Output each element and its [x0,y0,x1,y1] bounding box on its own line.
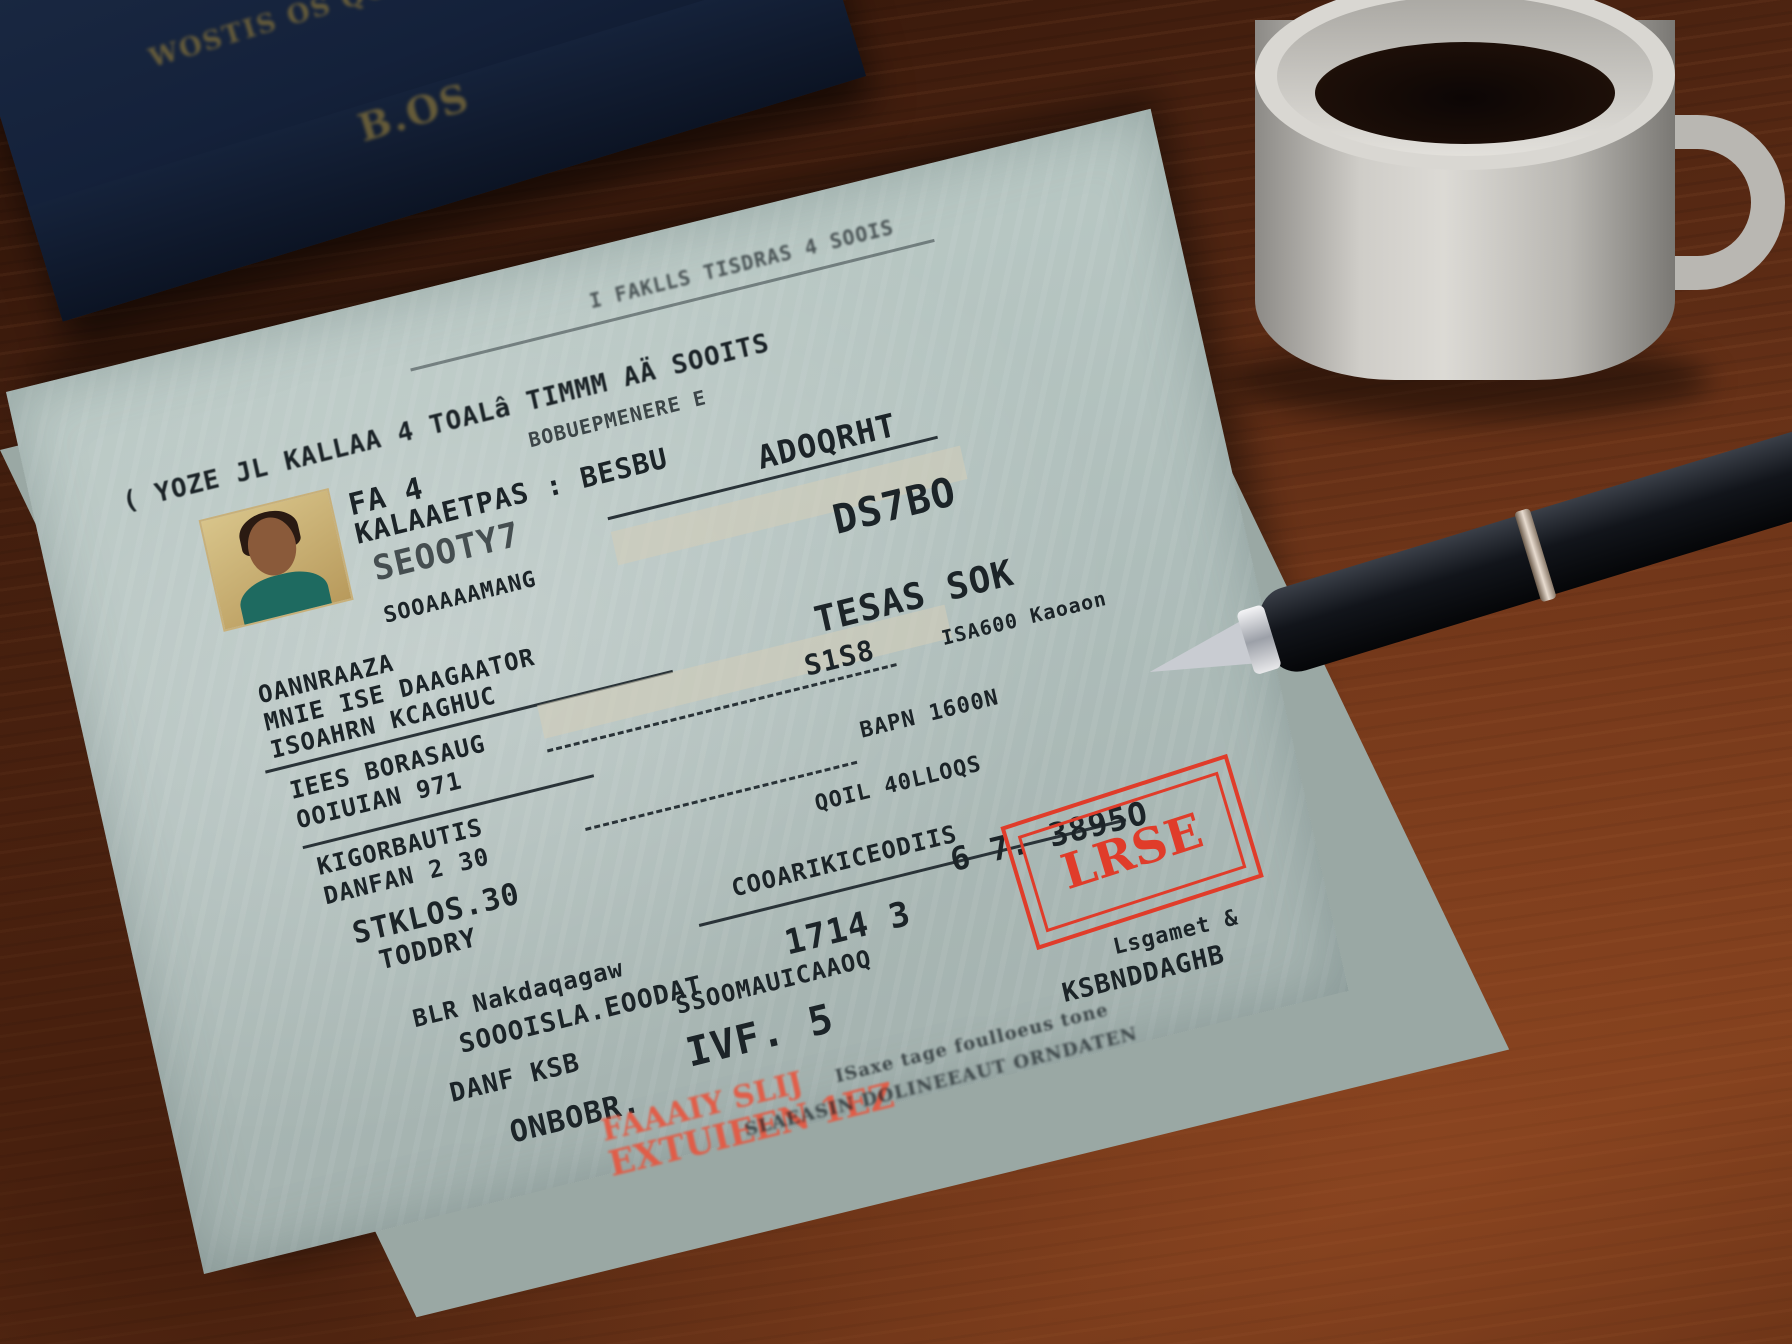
coffee [1315,42,1615,144]
stamp-label: LRSE [1018,772,1247,933]
portrait-photo [199,488,354,632]
pen-barrel [1252,416,1792,680]
portrait-shirt [236,564,334,632]
text-line: BAPN 1600N [858,685,1002,744]
coffee-mug [1255,0,1675,390]
text-line: QOIL 40LLOQS [813,751,984,817]
book-cover-text: WOSTIS OS QOOXE [146,0,459,74]
document-title: ( YOZE JL KALLAA 4 TOALâ TIMMM AÄ SOOITS [120,328,773,517]
desk-scene: WOSTIS OS QOOXE B.OS I FAKLLS TISDRAS 4 … [0,0,1792,1344]
